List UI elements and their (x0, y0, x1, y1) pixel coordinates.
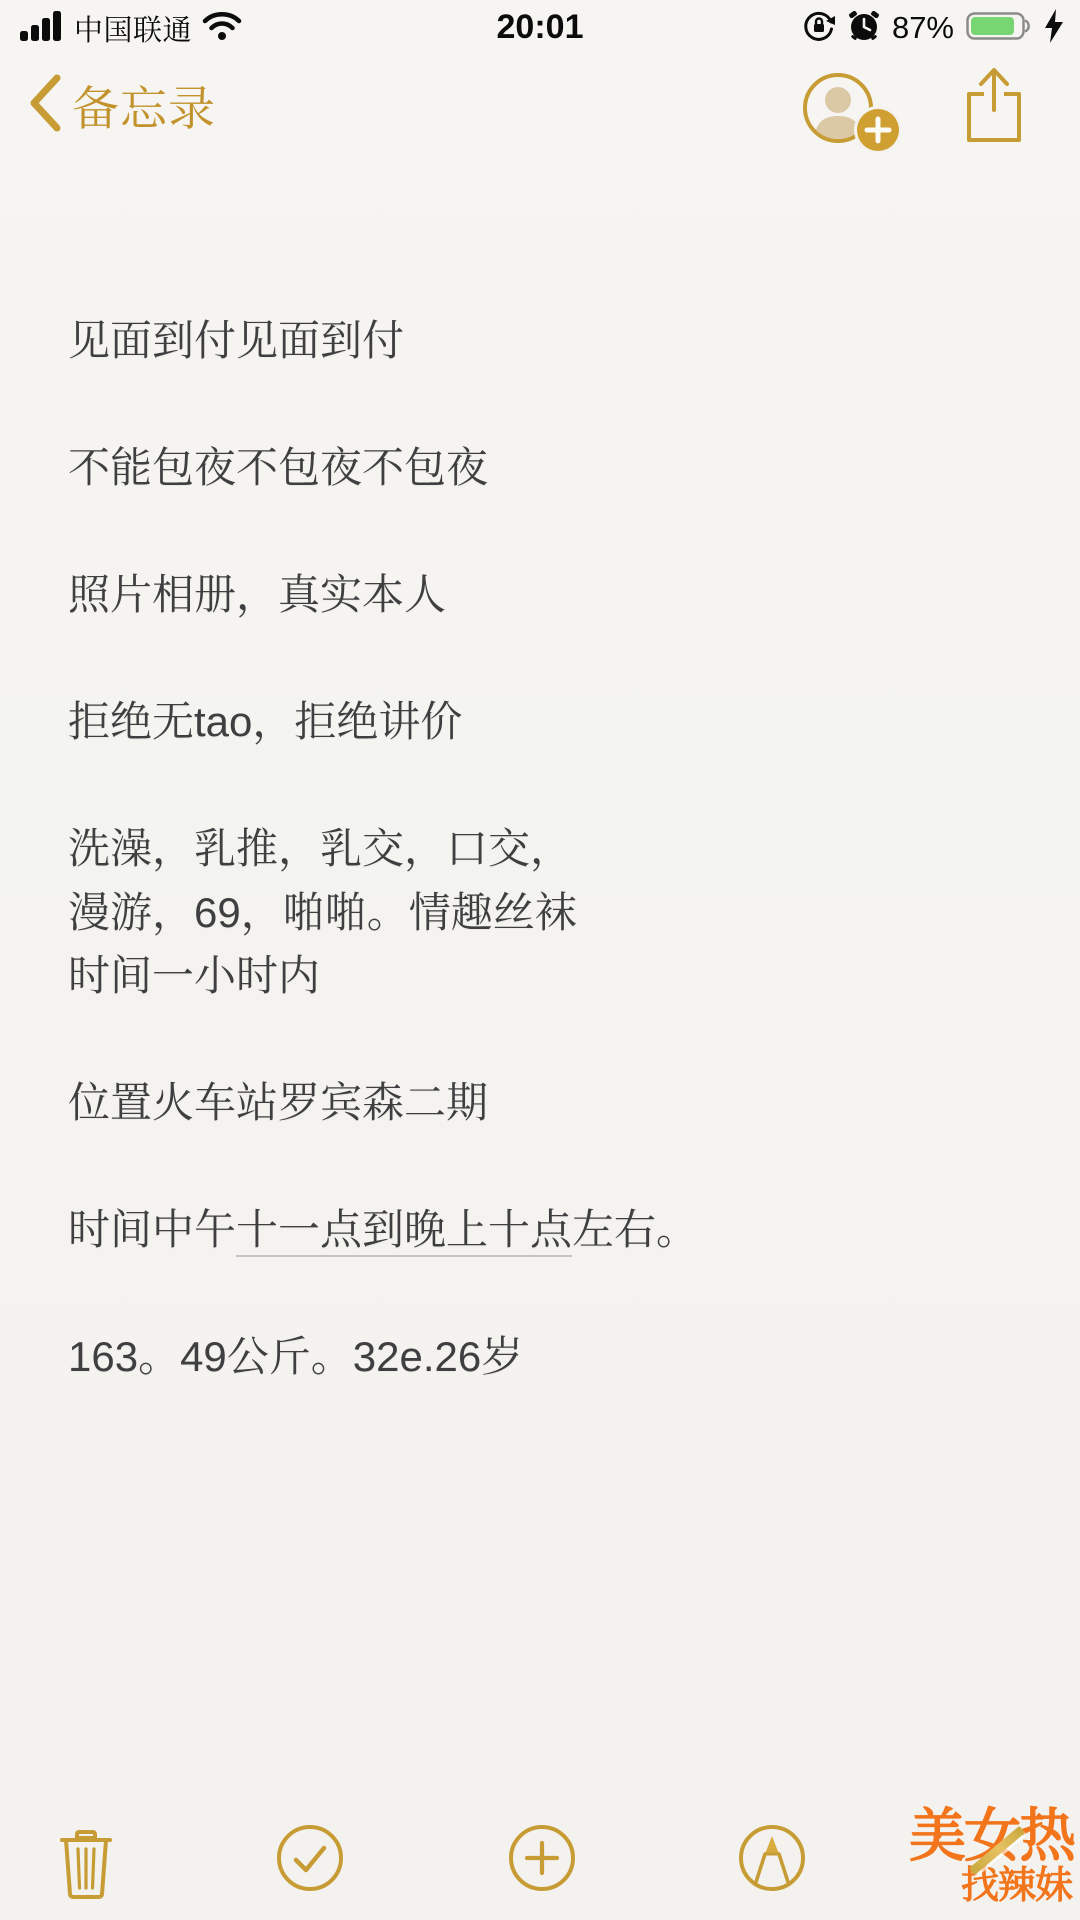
note-line: 不能包夜不包夜不包夜 (68, 436, 1028, 500)
note-line: 拒绝无tao，拒绝讲价 (68, 690, 1028, 754)
watermark-line2: 找辣妹 (864, 1867, 1074, 1905)
note-line: 时间一小时内 (68, 944, 1028, 1008)
delete-note-button[interactable] (58, 1824, 114, 1905)
trash-icon (58, 1887, 114, 1904)
note-body[interactable]: 见面到付见面到付 不能包夜不包夜不包夜 照片相册，真实本人 拒绝无tao，拒绝讲… (68, 309, 1028, 1389)
checkmark-circle-icon (276, 1879, 344, 1896)
alarm-icon (848, 10, 880, 47)
sketch-button[interactable] (738, 1824, 806, 1897)
note-line: 照片相册，真实本人 (68, 563, 1028, 627)
note-text: 163。49公斤。32e.26岁 (68, 1333, 523, 1380)
note-line: 漫游，69，啪啪。情趣丝袜 (68, 881, 1028, 945)
note-text: 照片相册，真实本人 (68, 571, 446, 618)
pen-circle-icon (738, 1879, 806, 1896)
detected-time-link[interactable]: 十一点到晚上十点 (236, 1206, 572, 1257)
note-line: 见面到付见面到付 (68, 309, 1028, 373)
note-text: 不能包夜不包夜不包夜 (68, 444, 488, 491)
note-text: 位置火车站罗宾森二期 (68, 1079, 488, 1126)
back-button-label: 备忘录 (72, 72, 216, 139)
rotation-lock-icon (802, 9, 836, 48)
note-line: 时间中午十一点到晚上十点左右。 (68, 1198, 1028, 1262)
note-line: 163。49公斤。32e.26岁 (68, 1325, 1028, 1389)
battery-percent-label: 87% (892, 10, 954, 46)
note-line (68, 1135, 1028, 1199)
note-line (68, 627, 1028, 691)
add-people-icon (802, 141, 906, 158)
note-text: 时间中午 (68, 1206, 236, 1253)
charging-bolt-icon (1044, 9, 1064, 48)
note-line (68, 754, 1028, 818)
note-text: 左右。 (572, 1206, 698, 1253)
share-button[interactable] (962, 66, 1026, 149)
note-text: 时间一小时内 (68, 952, 320, 999)
note-text: 漫游，69，啪啪。情趣丝袜 (68, 889, 577, 936)
plus-circle-icon (508, 1879, 576, 1896)
watermark-line1: 美女热 (864, 1807, 1074, 1865)
note-text: 见面到付见面到付 (68, 317, 404, 364)
note-line (68, 1262, 1028, 1326)
back-button[interactable]: 备忘录 (28, 72, 216, 139)
nav-bar: 备忘录 (0, 58, 1080, 154)
watermark: 美女热 找辣妹 (864, 1808, 1074, 1905)
note-text: 拒绝无tao，拒绝讲价 (68, 698, 462, 745)
checklist-button[interactable] (276, 1824, 344, 1897)
back-chevron-icon (28, 73, 62, 138)
status-right-group: 87% (802, 9, 1064, 47)
note-line (68, 373, 1028, 437)
add-people-button[interactable] (802, 70, 906, 159)
share-icon (962, 131, 1026, 148)
note-line (68, 500, 1028, 564)
add-attachment-button[interactable] (508, 1824, 576, 1897)
note-line (68, 1008, 1028, 1072)
note-text: 洗澡，乳推，乳交，口交， (68, 825, 572, 872)
battery-icon (966, 10, 1032, 47)
note-line: 洗澡，乳推，乳交，口交， (68, 817, 1028, 881)
note-line: 位置火车站罗宾森二期 (68, 1071, 1028, 1135)
status-bar: 中国联通 20:01 (0, 0, 1080, 56)
